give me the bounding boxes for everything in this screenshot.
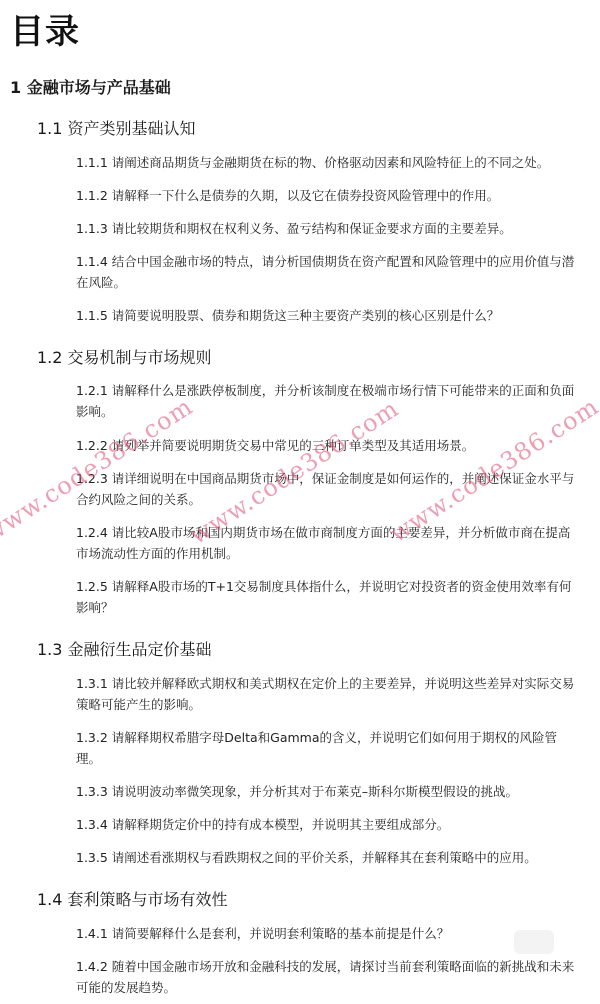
section-1-4-heading[interactable]: 1.4 套利策略与市场有效性 [37, 887, 228, 910]
section-1-2-heading[interactable]: 1.2 交易机制与市场规则 [37, 345, 212, 368]
toc-item[interactable]: 1.3.5 请阐述看涨期权与看跌期权之间的平价关系，并解释其在套利策略中的应用。 [76, 847, 576, 868]
toc-item[interactable]: 1.1.2 请解释一下什么是债券的久期，以及它在债券投资风险管理中的作用。 [76, 185, 576, 206]
toc-item[interactable]: 1.3.3 请说明波动率微笑现象，并分析其对于布莱克–斯科尔斯模型假设的挑战。 [76, 781, 576, 802]
toc-item[interactable]: 1.2.5 请解释A股市场的T+1交易制度具体指什么，并说明它对投资者的资金使用… [76, 576, 576, 618]
toc-item[interactable]: 1.1.5 请简要说明股票、债券和期货这三种主要资产类别的核心区别是什么？ [76, 305, 576, 326]
toc-item[interactable]: 1.1.3 请比较期货和期权在权利义务、盈亏结构和保证金要求方面的主要差异。 [76, 218, 576, 239]
toc-item[interactable]: 1.1.4 结合中国金融市场的特点，请分析国债期货在资产配置和风险管理中的应用价… [76, 251, 576, 293]
section-1-3-heading[interactable]: 1.3 金融衍生品定价基础 [37, 637, 212, 660]
chapter-1-heading[interactable]: 1 金融市场与产品基础 [10, 75, 171, 98]
toc-item[interactable]: 1.2.4 请比较A股市场和国内期货市场在做市商制度方面的主要差异，并分析做市商… [76, 522, 576, 564]
toc-item[interactable]: 1.3.4 请解释期货定价中的持有成本模型，并说明其主要组成部分。 [76, 814, 576, 835]
toc-item[interactable]: 1.2.3 请详细说明在中国商品期货市场中，保证金制度是如何运作的，并阐述保证金… [76, 468, 576, 510]
toc-item[interactable]: 1.4.1 请简要解释什么是套利，并说明套利策略的基本前提是什么？ [76, 923, 576, 944]
toc-item[interactable]: 1.1.1 请阐述商品期货与金融期货在标的物、价格驱动因素和风险特征上的不同之处… [76, 152, 576, 173]
toc-item[interactable]: 1.3.2 请解释期权希腊字母Delta和Gamma的含义，并说明它们如何用于期… [76, 727, 576, 769]
toc-item[interactable]: 1.2.2 请列举并简要说明期货交易中常见的三种订单类型及其适用场景。 [76, 435, 576, 456]
toc-item[interactable]: 1.4.2 随着中国金融市场开放和金融科技的发展，请探讨当前套利策略面临的新挑战… [76, 956, 576, 998]
page-title: 目录 [10, 4, 80, 53]
toc-item[interactable]: 1.3.1 请比较并解释欧式期权和美式期权在定价上的主要差异，并说明这些差异对实… [76, 673, 576, 715]
toc-item[interactable]: 1.2.1 请解释什么是涨跌停板制度，并分析该制度在极端市场行情下可能带来的正面… [76, 380, 576, 422]
faded-badge-icon [514, 930, 554, 954]
section-1-1-heading[interactable]: 1.1 资产类别基础认知 [37, 116, 196, 139]
